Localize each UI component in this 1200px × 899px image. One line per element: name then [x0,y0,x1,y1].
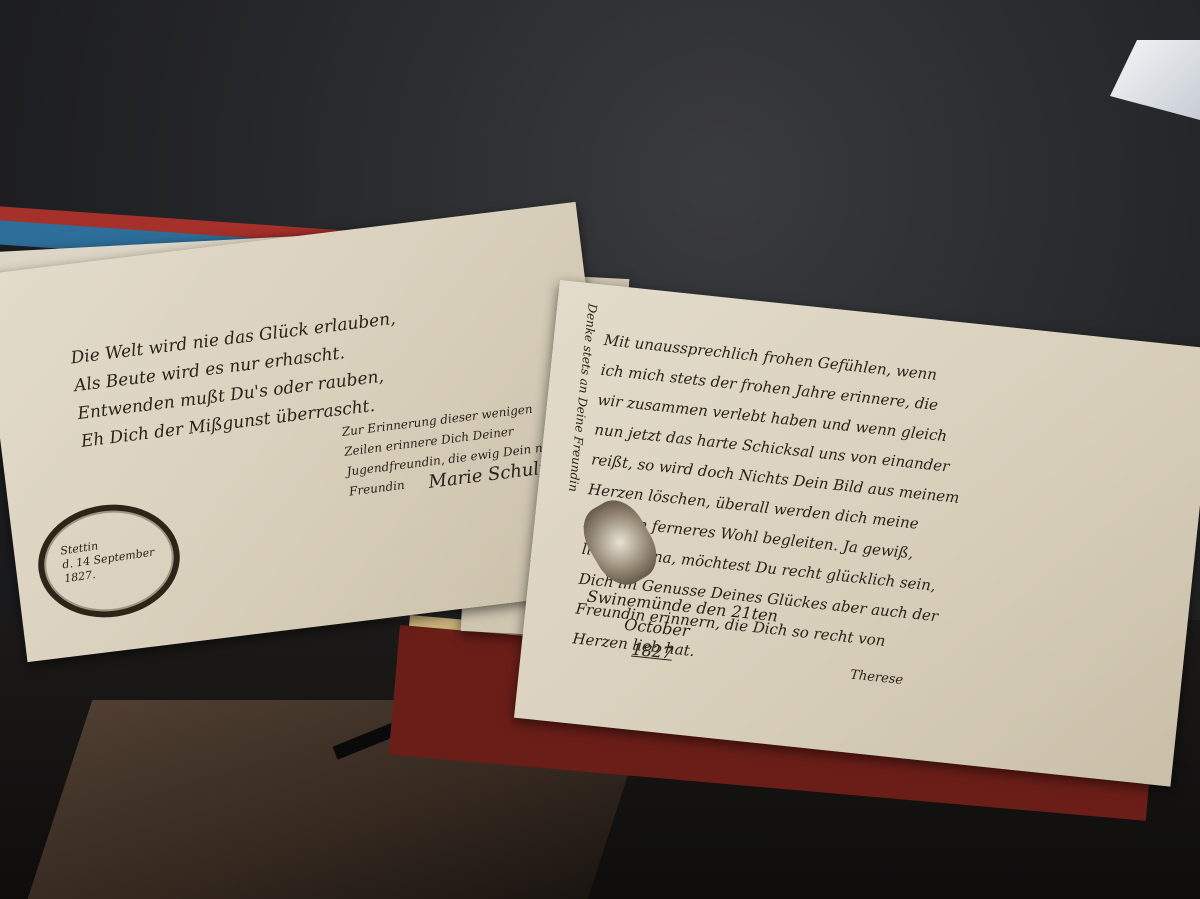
photo-scene: Die Welt wird nie das Glück erlauben, Al… [0,0,1200,899]
white-ribbon [1110,40,1200,120]
